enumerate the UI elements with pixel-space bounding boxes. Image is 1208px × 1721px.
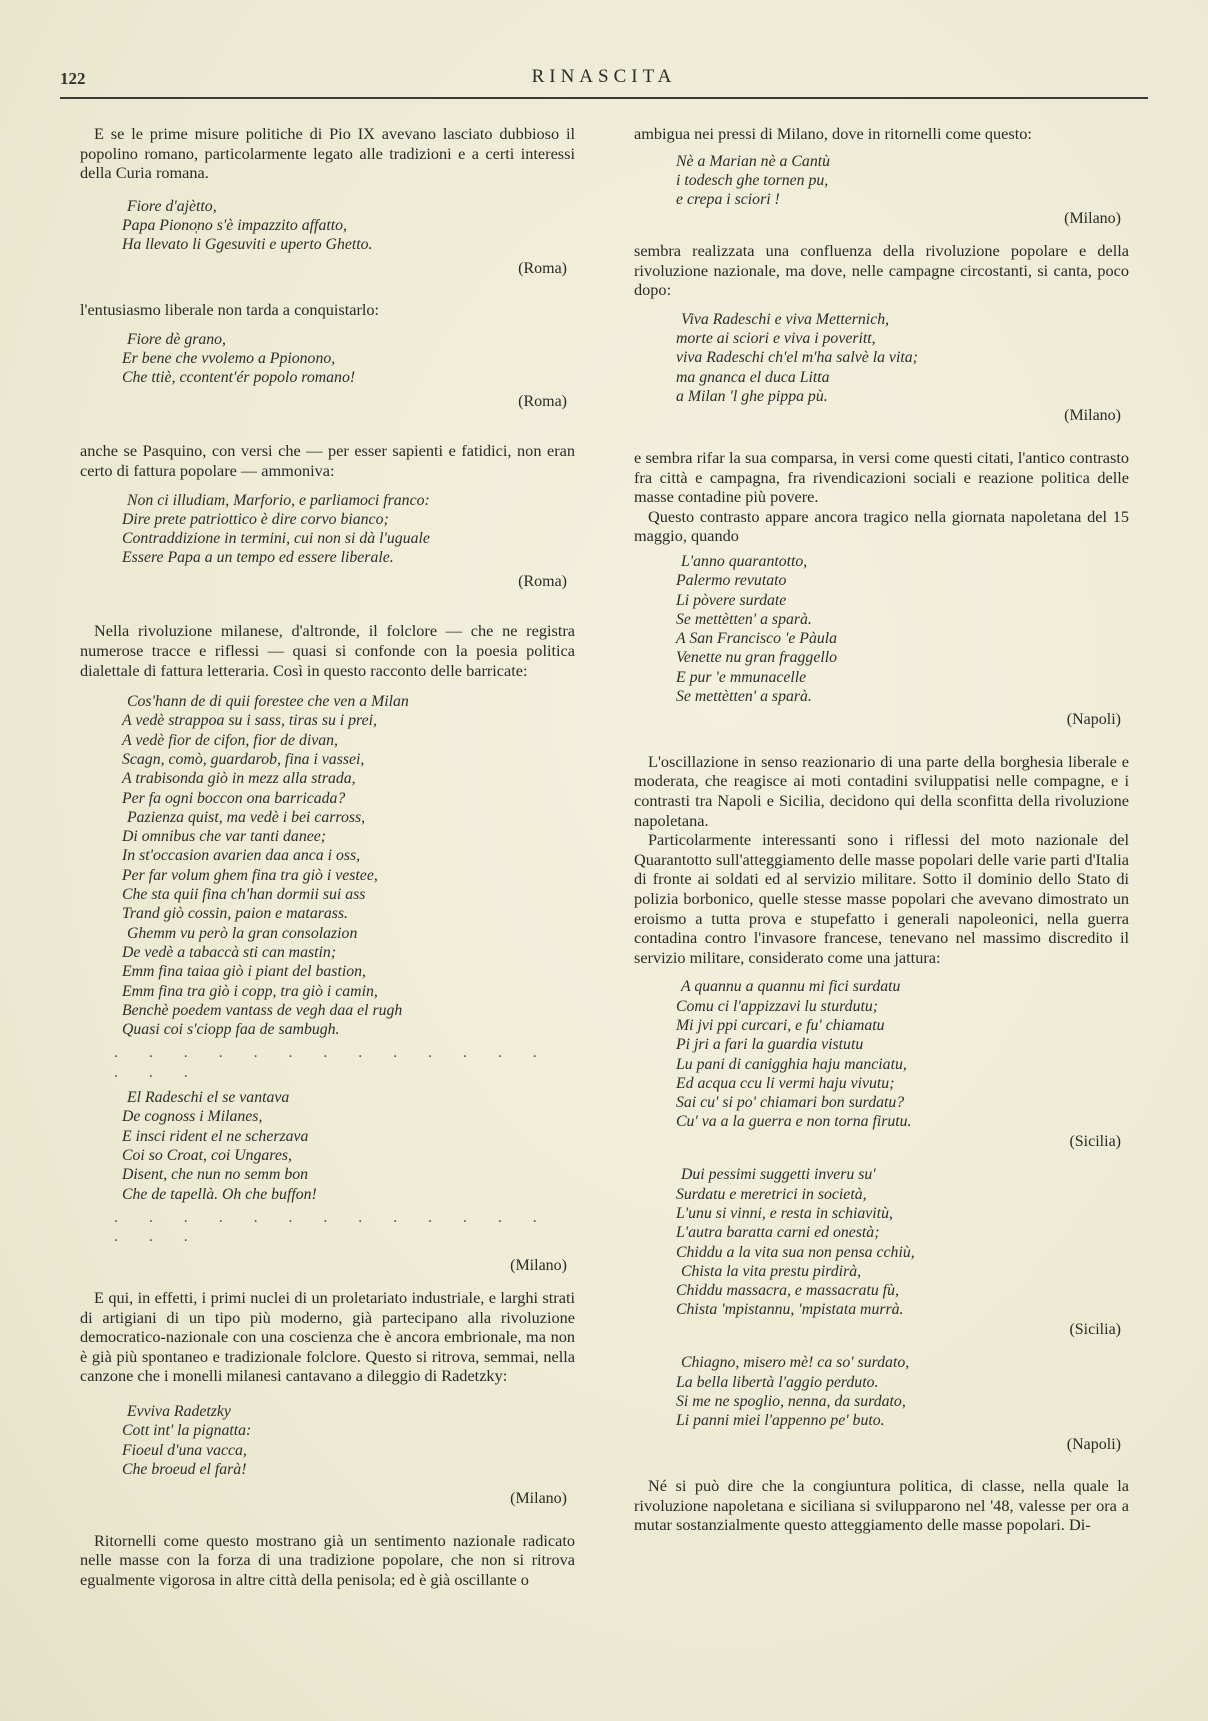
verse-line: Che ttiè, ccontent'ér popolo romano! bbox=[122, 368, 575, 387]
right-column: ambigua nei pressi di Milano, dove in ri… bbox=[634, 124, 1129, 1535]
verse-line: Er bene che vvolemo a Ppionono, bbox=[122, 349, 575, 368]
verse-line: Non ci illudiam, Marforio, e parliamoci … bbox=[122, 491, 575, 510]
verse-line: Sai cu' si po' chiamari bon surdatu? bbox=[676, 1093, 1129, 1112]
poem-verse: Fiore d'ajètto, Papa Piono̩no s'è impazz… bbox=[80, 197, 575, 255]
verse-line: Emm fina tra giò i copp, tra giò i camin… bbox=[122, 982, 575, 1001]
verse-line: El Radeschi el se vantava bbox=[122, 1088, 575, 1107]
verse-line: Dire prete patriottico è dire corvo bian… bbox=[122, 510, 575, 529]
paragraph: Né si può dire che la congiuntura politi… bbox=[634, 1476, 1129, 1535]
ellipsis-dots: . . . . . . . . . . . . . . . . bbox=[114, 1043, 575, 1082]
verse-line: Trand giò cossin, paion e matarass. bbox=[122, 904, 575, 923]
poem-source: (Milano) bbox=[80, 1256, 567, 1276]
ellipsis-dots: . . . . . . . . . . . . . . . . bbox=[114, 1208, 575, 1247]
paragraph: Ritornelli come questo mostrano già un s… bbox=[80, 1531, 575, 1590]
poem-source: (Milano) bbox=[634, 209, 1121, 229]
verse-line: Chiddu a la vita sua non pensa cchiù, bbox=[676, 1243, 1129, 1262]
verse-line: Chista 'mpistannu, 'mpistata murrà. bbox=[676, 1300, 1129, 1319]
poem-source: (Roma) bbox=[80, 259, 567, 279]
verse-line: Li panni miei l'appenno pe' buto. bbox=[676, 1411, 1129, 1430]
verse-line: Si me ne spoglio, nenna, da surdato, bbox=[676, 1392, 1129, 1411]
verse-line: Ed acqua ccu li vermi haju vivutu; bbox=[676, 1074, 1129, 1093]
verse-line: Li pòvere surdate bbox=[676, 591, 1129, 610]
left-column: E se le prime misure politiche di Pio IX… bbox=[80, 124, 575, 1590]
verse-line: Per fa ogni boccon ona barricada? bbox=[122, 789, 575, 808]
poem-verse: Dui pessimi suggetti inveru su' Surdatu … bbox=[634, 1165, 1129, 1319]
verse-line: Se mettètten' a sparà. bbox=[676, 610, 1129, 629]
poem-source: (Milano) bbox=[634, 406, 1121, 426]
verse-line: A vedè fior de cifon, fior de divan, bbox=[122, 731, 575, 750]
verse-line: viva Radeschi ch'el m'ha salvè la vita; bbox=[676, 348, 1129, 367]
page-header: 122 RINASCITA bbox=[60, 66, 1148, 96]
verse-line: Cos'hann de di quii forestee che ven a M… bbox=[122, 692, 575, 711]
verse-line: Essere Papa a un tempo ed essere liberal… bbox=[122, 548, 575, 567]
verse-line: e crepa i sciori ! bbox=[676, 190, 1129, 209]
poem-source: (Roma) bbox=[80, 572, 567, 592]
paragraph: Particolarmente interessanti sono i rifl… bbox=[634, 830, 1129, 967]
verse-line: A trabisonda giò in mezz alla strada, bbox=[122, 769, 575, 788]
verse-line: a Milan 'l ghe pippa pù. bbox=[676, 387, 1129, 406]
verse-line: Viva Radeschi e viva Metternich, bbox=[676, 310, 1129, 329]
poem-verse: Non ci illudiam, Marforio, e parliamoci … bbox=[80, 491, 575, 568]
verse-line: Emm fina taiaa giò i piant del bastion, bbox=[122, 962, 575, 981]
paragraph: Questo contrasto appare ancora tragico n… bbox=[634, 507, 1129, 546]
paragraph: l'entusiasmo liberale non tarda a conqui… bbox=[80, 300, 575, 320]
verse-line: Disent, che nun no semm bon bbox=[122, 1165, 575, 1184]
poem-source: (Milano) bbox=[80, 1489, 567, 1509]
verse-line: Per far volum ghem fina tra giò i vestee… bbox=[122, 866, 575, 885]
verse-line: Fioeul d'una vacca, bbox=[122, 1441, 575, 1460]
poem-verse: Cos'hann de di quii forestee che ven a M… bbox=[80, 692, 575, 1246]
poem-source: (Sicilia) bbox=[634, 1132, 1121, 1152]
paragraph: L'oscillazione in senso reazionario di u… bbox=[634, 752, 1129, 830]
verse-line: Chiddu massacra, e massacratu fù, bbox=[676, 1281, 1129, 1300]
verse-line: L'autra baratta carni ed onestà; bbox=[676, 1223, 1129, 1242]
verse-line: Dui pessimi suggetti inveru su' bbox=[676, 1165, 1129, 1184]
poem-verse: Evviva Radetzky Cott int' la pignatta: F… bbox=[80, 1402, 575, 1479]
verse-line: Se mettètten' a sparà. bbox=[676, 687, 1129, 706]
verse-line: Papa Piono̩no s'è impazzito affatto, bbox=[122, 216, 575, 235]
verse-line: Chista la vita prestu pirdirà, bbox=[676, 1262, 1129, 1281]
verse-line: Venette nu gran fraggello bbox=[676, 648, 1129, 667]
magazine-page: 122 RINASCITA E se le prime misure polit… bbox=[0, 0, 1208, 1721]
verse-line: Ha llevato li Ggesuviti e uperto Ghetto. bbox=[122, 235, 575, 254]
verse-line: Palermo revutato bbox=[676, 571, 1129, 590]
poem-source: (Napoli) bbox=[634, 710, 1121, 730]
verse-line: Cott int' la pignatta: bbox=[122, 1421, 575, 1440]
verse-line: Comu ci l'appizzavi lu sturdutu; bbox=[676, 997, 1129, 1016]
poem-verse: Chiagno, misero mè! ca so' surdato, La b… bbox=[634, 1353, 1129, 1430]
journal-title: RINASCITA bbox=[60, 66, 1148, 88]
paragraph: e sembra rifar la sua comparsa, in versi… bbox=[634, 448, 1129, 507]
verse-line: Che de tapellà. Oh che buffon! bbox=[122, 1185, 575, 1204]
poem-source: (Roma) bbox=[80, 392, 567, 412]
verse-line: E insci rident el ne scherzava bbox=[122, 1127, 575, 1146]
verse-line: Fiore dè grano, bbox=[122, 330, 575, 349]
header-rule bbox=[60, 97, 1148, 99]
poem-verse: Viva Radeschi e viva Metternich, morte a… bbox=[634, 310, 1129, 406]
verse-line: Fiore d'ajètto, bbox=[122, 197, 575, 216]
poem-verse: Nè a Marian nè a Cantù i todesch ghe tor… bbox=[634, 152, 1129, 210]
verse-line: L'anno quarantotto, bbox=[676, 552, 1129, 571]
paragraph: E se le prime misure politiche di Pio IX… bbox=[80, 124, 575, 183]
verse-line: Chiagno, misero mè! ca so' surdato, bbox=[676, 1353, 1129, 1372]
paragraph: Nella rivoluzione milanese, d'altronde, … bbox=[80, 621, 575, 680]
verse-line: Cu' va a la guerra e non torna firutu. bbox=[676, 1112, 1129, 1131]
verse-line: De cognoss i Milanes, bbox=[122, 1107, 575, 1126]
verse-line: A quannu a quannu mi fici surdatu bbox=[676, 977, 1129, 996]
verse-line: Coi so Croat, coi Ungares, bbox=[122, 1146, 575, 1165]
verse-line: Contraddizione in termini, cui non si dà… bbox=[122, 529, 575, 548]
verse-line: Mi jvi ppi curcari, e fu' chiamatu bbox=[676, 1016, 1129, 1035]
verse-line: Surdatu e meretrici in società, bbox=[676, 1185, 1129, 1204]
poem-source: (Napoli) bbox=[634, 1435, 1121, 1455]
verse-line: L'unu si vinni, e resta in schiavitù, bbox=[676, 1204, 1129, 1223]
poem-verse: A quannu a quannu mi fici surdatu Comu c… bbox=[634, 977, 1129, 1131]
paragraph: sembra realizzata una confluenza della r… bbox=[634, 241, 1129, 300]
poem-source: (Sicilia) bbox=[634, 1320, 1121, 1340]
verse-line: E pur 'e mmunacelle bbox=[676, 668, 1129, 687]
verse-line: ma gnanca el duca Litta bbox=[676, 368, 1129, 387]
verse-line: Che broeud el farà! bbox=[122, 1460, 575, 1479]
paragraph: ambigua nei pressi di Milano, dove in ri… bbox=[634, 124, 1129, 144]
verse-line: A vedè strappoa su i sass, tiras su i pr… bbox=[122, 711, 575, 730]
verse-line: Scagn, comò, guardarob, fina i vassei, bbox=[122, 750, 575, 769]
verse-line: Ghemm vu però la gran consolazion bbox=[122, 924, 575, 943]
verse-line: morte ai sciori e viva i poveritt, bbox=[676, 329, 1129, 348]
verse-line: In st'occasion avarien daa anca i oss, bbox=[122, 846, 575, 865]
paragraph: anche se Pasquino, con versi che — per e… bbox=[80, 441, 575, 480]
verse-line: Nè a Marian nè a Cantù bbox=[676, 152, 1129, 171]
poem-verse: Fiore dè grano, Er bene che vvolemo a Pp… bbox=[80, 330, 575, 388]
verse-line: Quasi coi s'ciopp faa de sambugh. bbox=[122, 1020, 575, 1039]
verse-line: A San Francisco 'e Pàula bbox=[676, 629, 1129, 648]
verse-line: Pazienza quist, ma vedè i bei carross, bbox=[122, 808, 575, 827]
verse-line: La bella libertà l'aggio perduto. bbox=[676, 1373, 1129, 1392]
paragraph: E qui, in effetti, i primi nuclei di un … bbox=[80, 1288, 575, 1386]
verse-line: De vedè a tabaccà sti can mastin; bbox=[122, 943, 575, 962]
poem-verse: L'anno quarantotto, Palermo revutato Li … bbox=[634, 552, 1129, 706]
verse-line: Pi jri a fari la guardia vistutu bbox=[676, 1035, 1129, 1054]
verse-line: Di omnibus che var tanti danee; bbox=[122, 827, 575, 846]
verse-line: i todesch ghe tornen pu, bbox=[676, 171, 1129, 190]
verse-line: Benchè poedem vantass de vegh daa el rug… bbox=[122, 1001, 575, 1020]
verse-line: Lu pani di canigghia haju manciatu, bbox=[676, 1055, 1129, 1074]
verse-line: Che sta quii fina ch'han dormii sui ass bbox=[122, 885, 575, 904]
verse-line: Evviva Radetzky bbox=[122, 1402, 575, 1421]
